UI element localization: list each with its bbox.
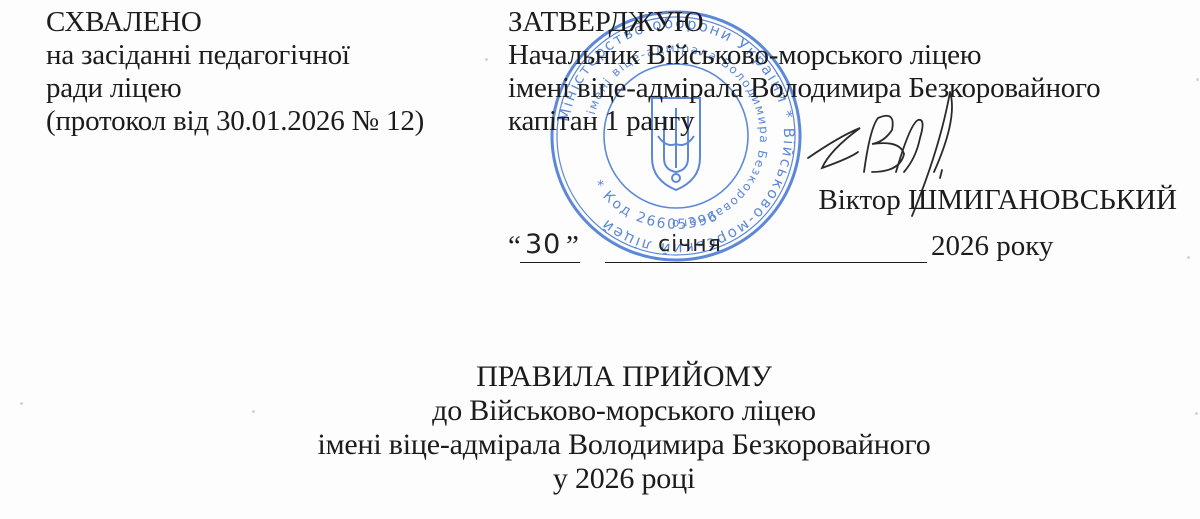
confirm-heading: ЗАТВЕРДЖУЮ xyxy=(508,6,1100,39)
confirm-line: імені віце-адмірала Володимира Безкорова… xyxy=(508,72,1100,105)
confirm-line: Начальник Військово-морського ліцею xyxy=(508,39,1100,72)
title-line: у 2026 році xyxy=(48,462,1200,496)
approval-date: “ 30 ” січня 2026 року xyxy=(508,230,1148,266)
day-underline xyxy=(520,262,580,263)
date-month-handwritten: січня xyxy=(658,228,722,261)
date-quote-close: ” xyxy=(566,230,579,263)
scan-speck xyxy=(485,58,488,61)
confirm-block: ЗАТВЕРДЖУЮ Начальник Військово-морського… xyxy=(508,6,1100,138)
month-underline xyxy=(605,262,927,263)
scan-speck xyxy=(1187,256,1190,259)
approved-line: (протокол від 30.01.2026 № 12) xyxy=(46,105,424,138)
scan-speck xyxy=(1195,412,1198,415)
scan-speck xyxy=(252,410,255,413)
date-year: 2026 року xyxy=(931,230,1053,263)
approved-line: ради ліцею xyxy=(46,72,424,105)
title-line: імені віце-адмірала Володимира Безкорова… xyxy=(48,428,1200,462)
date-quote-open: “ xyxy=(508,230,521,263)
title-line: до Військово-морського ліцею xyxy=(48,394,1200,428)
document-title: ПРАВИЛА ПРИЙОМУ до Військово-морського л… xyxy=(0,360,1200,496)
svg-text:* Код 26605396: * Код 26605396 xyxy=(590,177,722,233)
approved-heading: СХВАЛЕНО xyxy=(46,6,424,39)
approved-line: на засіданні педагогічної xyxy=(46,39,424,72)
signer-name: Віктор ШМИГАНОВСЬКИЙ xyxy=(818,184,1177,217)
title-heading: ПРАВИЛА ПРИЙОМУ xyxy=(48,360,1200,394)
scan-speck xyxy=(20,402,23,405)
document-page: Міністерство оборони України * Військово… xyxy=(0,0,1200,519)
approved-block: СХВАЛЕНО на засіданні педагогічної ради … xyxy=(46,6,424,138)
confirm-line: капітан 1 рангу xyxy=(508,105,1100,138)
date-day-handwritten: 30 xyxy=(525,228,561,261)
scan-speck xyxy=(1196,78,1199,81)
